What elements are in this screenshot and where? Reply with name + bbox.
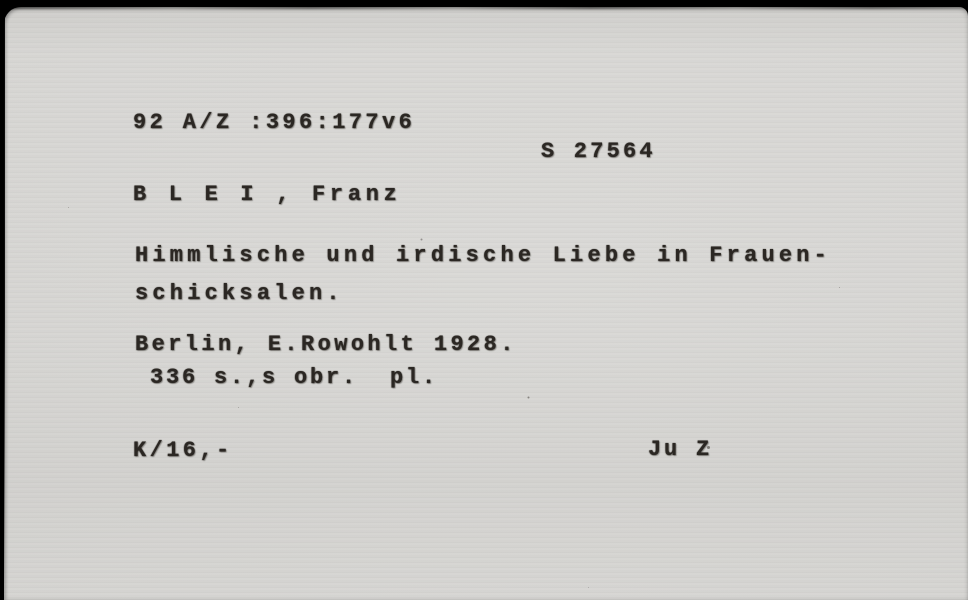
- title-line-2: schicksalen.: [135, 281, 344, 307]
- category-mark: Ju Z: [648, 437, 712, 463]
- card-top-edge: [0, 6, 968, 9]
- accession-number: S 27564: [541, 139, 656, 165]
- collation: 336 s.,s obr. pl.: [150, 365, 438, 391]
- scan-specks: [707, 446, 710, 449]
- call-number: 92 A/Z :396:177v6: [133, 110, 415, 136]
- title-line-1: Himmlische und irdische Liebe in Frauen-: [135, 243, 831, 269]
- author-heading: B L E I , Franz: [133, 182, 402, 208]
- scanned-catalog-card: 92 A/Z :396:177v6 S 27564 B L E I , Fran…: [0, 0, 968, 600]
- imprint: Berlin, E.Rowohlt 1928.: [135, 332, 517, 358]
- card-left-edge: [0, 0, 5, 585]
- price: K/16,-: [133, 438, 233, 464]
